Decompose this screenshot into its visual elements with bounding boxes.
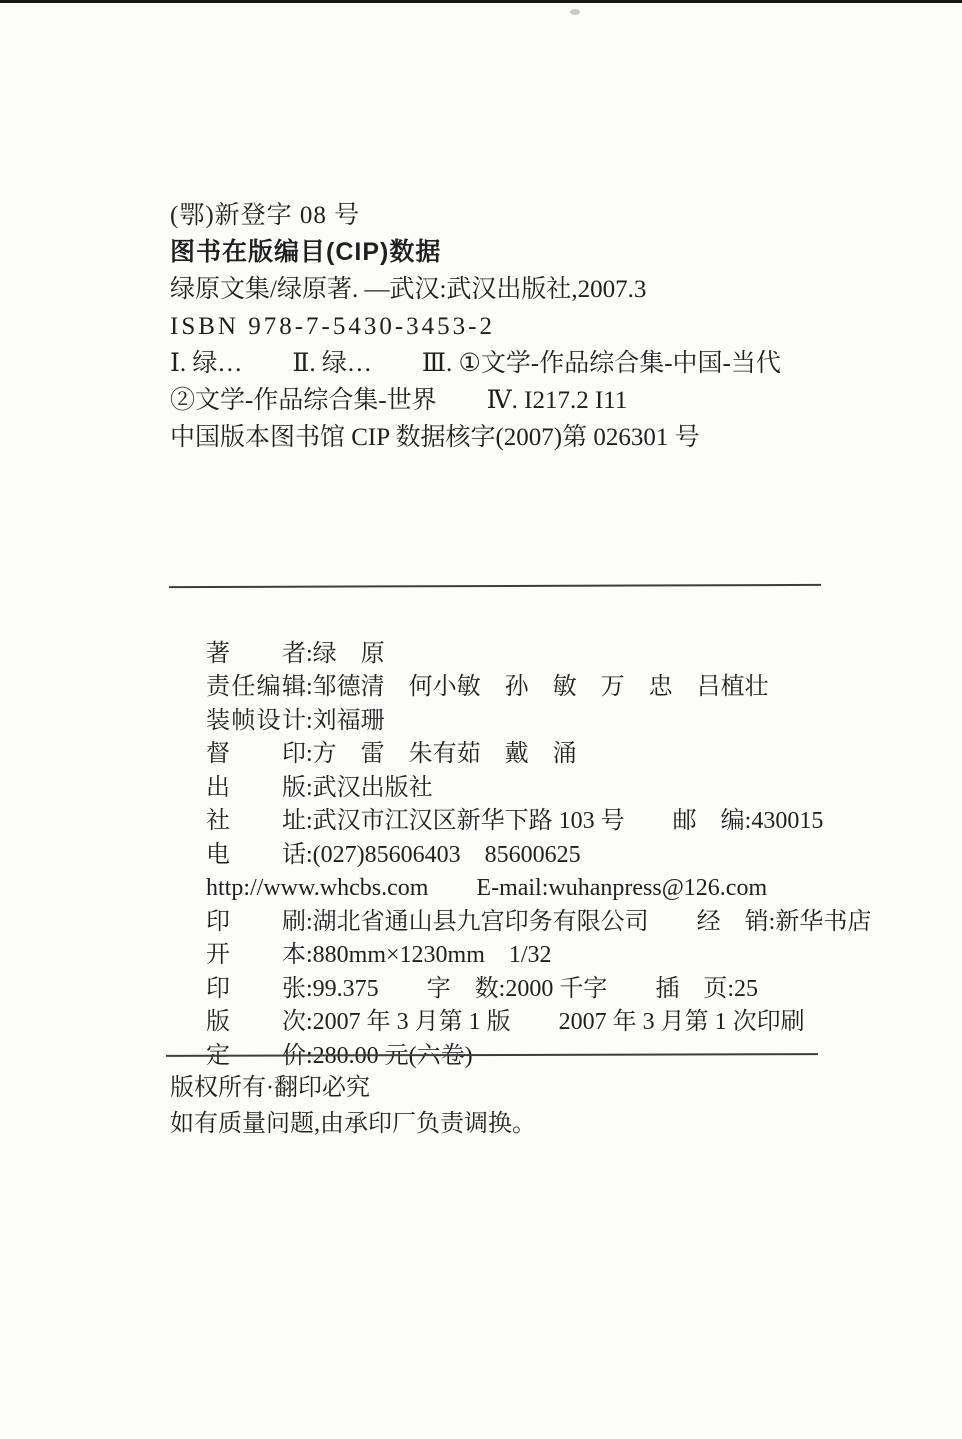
row-value: 刘福珊 <box>313 708 385 734</box>
cip-classification-line-2: ②文学-作品综合集-世界 Ⅳ. I217.2 I11 <box>170 382 850 419</box>
row-value: 2007 年 3 月第 1 版 2007 年 3 月第 1 次印刷 <box>313 1009 805 1035</box>
row-label: 印刷 <box>206 906 306 940</box>
row-colon: : <box>306 942 313 968</box>
cip-block: (鄂)新登字 08 号 图书在版编目(CIP)数据 绿原文集/绿原著. —武汉:… <box>170 197 850 456</box>
row-label: 装帧设计 <box>206 705 306 739</box>
colophon-block: 著者:绿 原 责任编辑:邹德清 何小敏 孙 敏 万 忠 吕植壮 装帧设计:刘福珊… <box>170 604 870 1040</box>
row-colon: : <box>306 775 313 801</box>
row-value: 99.375 字 数:2000 千字 插 页:25 <box>313 976 758 1002</box>
scan-speck <box>570 9 580 15</box>
row-label: 版次 <box>206 1006 306 1040</box>
quality-notice-line: 如有质量问题,由承印厂负责调换。 <box>170 1106 850 1142</box>
row-colon: : <box>306 976 313 1002</box>
divider-top <box>169 584 821 588</box>
row-colon: : <box>306 808 313 834</box>
register-number-line: (鄂)新登字 08 号 <box>170 197 850 234</box>
row-colon: : <box>306 641 313 667</box>
scan-edge-line <box>0 0 962 3</box>
row-value: (027)85606403 85600625 <box>313 842 581 868</box>
rights-notice-line: 版权所有·翻印必究 <box>170 1070 850 1106</box>
cip-isbn-line: ISBN 978-7-5430-3453-2 <box>170 308 850 345</box>
row-label: 印张 <box>206 973 306 1007</box>
row-colon: : <box>306 909 313 935</box>
row-value: 武汉市江汉区新华下路 103 号 邮 编:430015 <box>313 808 824 834</box>
row-label: 著者 <box>206 638 306 672</box>
notices-block: 版权所有·翻印必究 如有质量问题,由承印厂负责调换。 <box>170 1070 850 1142</box>
row-value: 湖北省通山县九宫印务有限公司 经 销:新华书店 <box>313 909 872 935</box>
row-label: 电话 <box>206 839 306 873</box>
row-colon: : <box>306 708 313 734</box>
colophon-row-author: 著者:绿 原 <box>170 604 870 638</box>
row-colon: : <box>306 674 313 700</box>
cip-classification-line-1: Ⅰ. 绿… Ⅱ. 绿… Ⅲ. ①文学-作品综合集-中国-当代 <box>170 345 850 382</box>
row-value: 武汉出版社 <box>313 775 433 801</box>
divider-bottom <box>166 1053 818 1057</box>
row-label: 开本 <box>206 939 306 973</box>
copyright-page: (鄂)新登字 08 号 图书在版编目(CIP)数据 绿原文集/绿原著. —武汉:… <box>0 0 962 1439</box>
row-value: 邹德清 何小敏 孙 敏 万 忠 吕植壮 <box>313 674 769 700</box>
row-colon: : <box>306 1009 313 1035</box>
row-label: 责任编辑 <box>206 671 306 705</box>
row-value: 绿 原 <box>313 641 385 667</box>
cip-record-line: 中国版本图书馆 CIP 数据核字(2007)第 026301 号 <box>170 419 850 456</box>
row-colon: : <box>306 842 313 868</box>
row-value: 方 雷 朱有茹 戴 涌 <box>313 741 577 767</box>
row-label: 出版 <box>206 772 306 806</box>
row-value: 880mm×1230mm 1/32 <box>313 942 552 968</box>
cip-bibliography-line: 绿原文集/绿原著. —武汉:武汉出版社,2007.3 <box>170 271 850 308</box>
row-colon: : <box>306 741 313 767</box>
row-label: 社址 <box>206 805 306 839</box>
row-label: 督印 <box>206 738 306 772</box>
row-value: http://www.whcbs.com E-mail:wuhanpress@1… <box>206 875 767 901</box>
cip-heading: 图书在版编目(CIP)数据 <box>170 234 850 271</box>
